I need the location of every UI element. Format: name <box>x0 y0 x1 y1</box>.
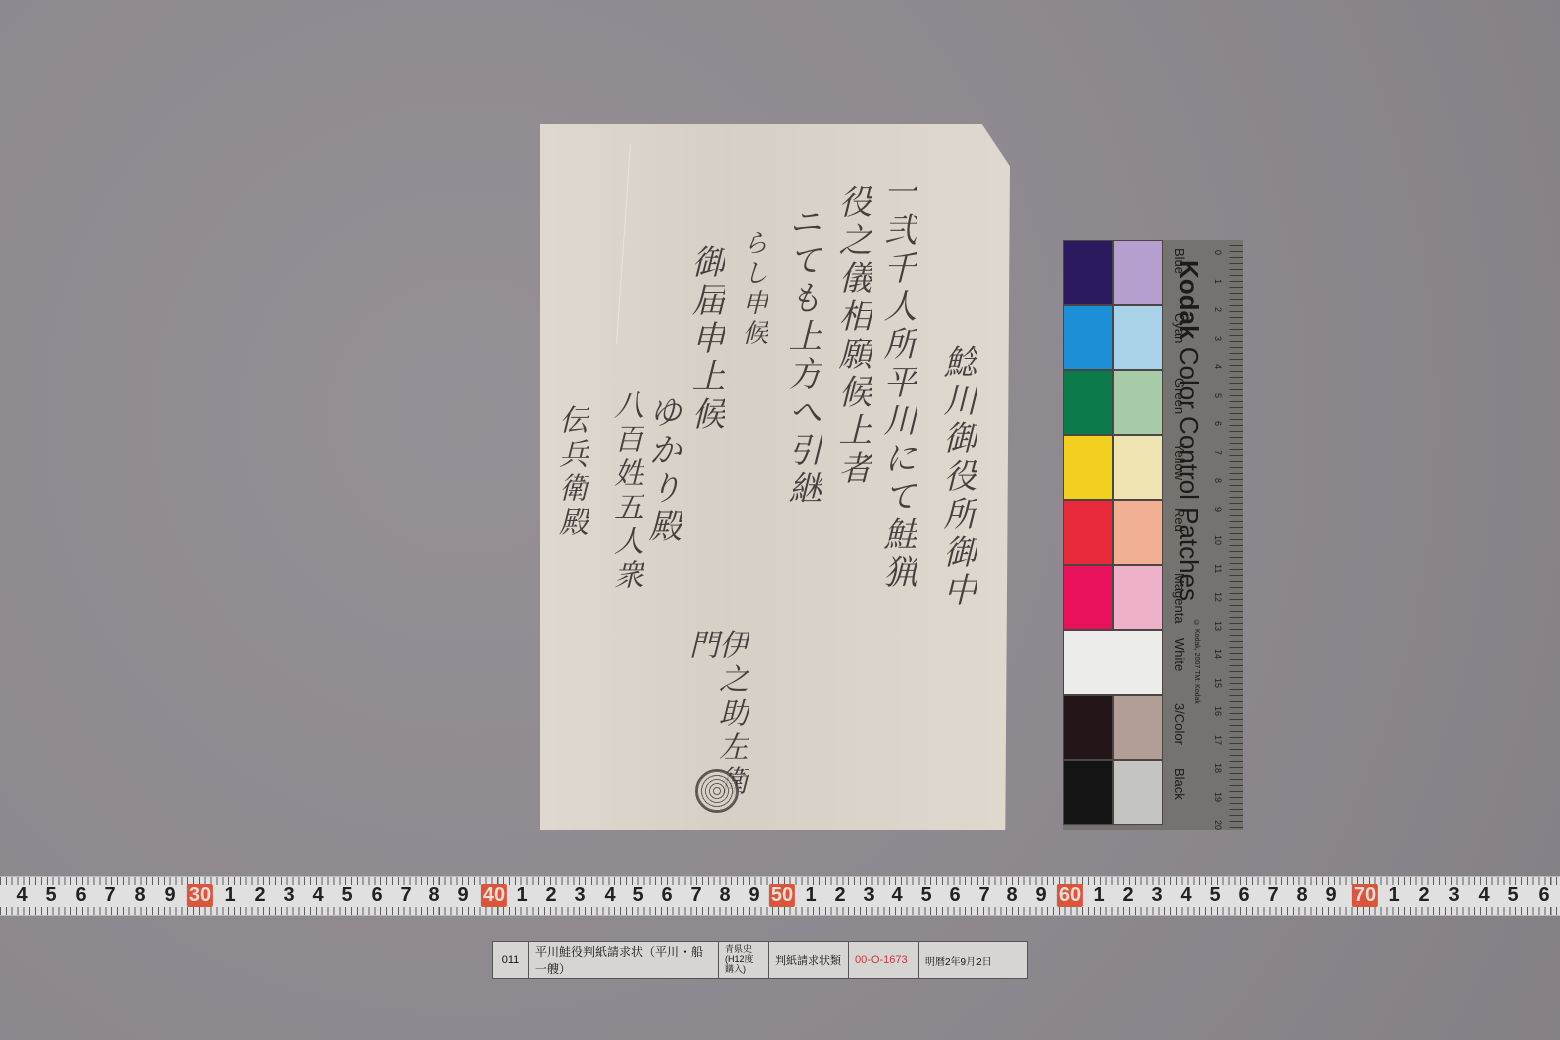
doc-column-6: 御届申上候 <box>688 244 722 434</box>
tape-mark: 6 <box>75 884 86 907</box>
color-patch <box>1063 500 1113 565</box>
ruler-cm-label: 3 <box>1213 336 1223 341</box>
doc-column-7: ゆかり殿 <box>645 394 679 546</box>
ruler-cm-label: 12 <box>1213 592 1223 602</box>
patch-row-red <box>1063 500 1163 565</box>
patch-row-black <box>1063 760 1163 825</box>
ruler-cm-label: 18 <box>1213 763 1223 773</box>
color-patch <box>1113 565 1163 630</box>
tape-mark: 6 <box>661 884 672 907</box>
tape-mark: 2 <box>834 884 845 907</box>
doc-column-1: 鯰川御役所御中 <box>940 344 974 610</box>
label-category: 判紙請求状類 <box>769 942 849 978</box>
tape-mark: 8 <box>134 884 145 907</box>
tape-mark: 4 <box>1180 884 1191 907</box>
patch-label: Black <box>1163 768 1187 800</box>
ruler-cm-label: 1 <box>1213 279 1223 284</box>
tape-mark: 9 <box>457 884 468 907</box>
tape-mark: 8 <box>1006 884 1017 907</box>
tape-mark: 3 <box>1151 884 1162 907</box>
tape-mark: 30 <box>187 884 213 907</box>
tape-mark: 4 <box>1478 884 1489 907</box>
ruler-cm-label: 17 <box>1213 735 1223 745</box>
tape-mark: 3 <box>863 884 874 907</box>
doc-column-3: 役之儀相願候上者 <box>835 184 869 488</box>
doc-column-4: ニても上方へ引継 <box>785 204 819 508</box>
patch-row-yellow <box>1063 435 1163 500</box>
chart-brand: Kodak Color Control Patches <box>1173 260 1204 601</box>
ruler-cm-label: 15 <box>1213 678 1223 688</box>
tape-mark: 7 <box>1267 884 1278 907</box>
tape-mark: 3 <box>1448 884 1459 907</box>
tape-mark: 9 <box>748 884 759 907</box>
ruler-cm-label: 7 <box>1213 450 1223 455</box>
color-patch <box>1063 305 1113 370</box>
patch-row-3-color <box>1063 695 1163 760</box>
ruler-cm-label: 10 <box>1213 535 1223 545</box>
tape-mark: 1 <box>516 884 527 907</box>
tape-mark: 40 <box>481 884 507 907</box>
label-date: 明暦2年9月2日 <box>919 942 1027 978</box>
label-id: 00-O-1673 <box>849 942 919 978</box>
ruler-cm-label: 14 <box>1213 649 1223 659</box>
ruler-cm-label: 5 <box>1213 393 1223 398</box>
label-collection: 青県史(H12度購入) <box>719 942 769 978</box>
tape-mark: 4 <box>16 884 27 907</box>
doc-column-9: 伝兵衛殿 <box>555 404 585 540</box>
color-patch <box>1063 370 1113 435</box>
tape-mark: 5 <box>341 884 352 907</box>
tape-mark: 4 <box>312 884 323 907</box>
tape-mark: 4 <box>891 884 902 907</box>
ruler-cm-label: 2 <box>1213 307 1223 312</box>
tape-mark: 6 <box>1538 884 1549 907</box>
ruler-cm-label: 19 <box>1213 792 1223 802</box>
color-patch <box>1113 240 1163 305</box>
tape-mark: 7 <box>104 884 115 907</box>
paper-crease <box>616 144 631 344</box>
color-patch <box>1063 630 1163 695</box>
tape-mark: 5 <box>1507 884 1518 907</box>
patch-label: White <box>1163 638 1187 671</box>
patch-label: Magenta <box>1163 573 1187 624</box>
label-number: 011 <box>493 942 529 978</box>
tape-mark: 2 <box>1418 884 1429 907</box>
tape-mark: 3 <box>574 884 585 907</box>
chart-copyright: © Kodak, 2007 TM: Kodak <box>1193 620 1200 704</box>
patch-label: Green <box>1163 378 1187 414</box>
tape-mark: 2 <box>254 884 265 907</box>
tape-mark: 4 <box>604 884 615 907</box>
tape-mark: 7 <box>978 884 989 907</box>
tape-mark: 8 <box>1296 884 1307 907</box>
tape-mark: 9 <box>164 884 175 907</box>
ruler-cm-label: 9 <box>1213 507 1223 512</box>
color-patch <box>1113 500 1163 565</box>
tape-mark: 7 <box>400 884 411 907</box>
color-patch <box>1063 240 1113 305</box>
color-patches <box>1063 240 1163 830</box>
tape-mark: 5 <box>1209 884 1220 907</box>
ruler-cm-label: 16 <box>1213 706 1223 716</box>
tape-mark: 5 <box>632 884 643 907</box>
tape-mark: 5 <box>920 884 931 907</box>
tape-mark: 60 <box>1057 884 1083 907</box>
tape-mark: 1 <box>1093 884 1104 907</box>
ruler-cm-label: 11 <box>1213 564 1223 573</box>
patch-row-white <box>1063 630 1163 695</box>
doc-column-5: らし申候 <box>740 229 766 349</box>
catalog-label: 011 平川鮭役判紙請求状（平川・船一艘） 青県史(H12度購入) 判紙請求状類… <box>492 941 1028 979</box>
historical-document: 鯰川御役所御中 一弐千人所平川にて鮭猟 役之儀相願候上者 ニても上方へ引継 らし… <box>540 124 1010 830</box>
color-patch <box>1063 565 1113 630</box>
patch-label: Cyan <box>1163 313 1187 343</box>
tape-mark: 5 <box>45 884 56 907</box>
patch-label: Yellow <box>1163 443 1187 480</box>
ruler-cm-label: 6 <box>1213 421 1223 426</box>
patch-label: Red <box>1163 508 1187 532</box>
round-seal-icon <box>695 769 739 813</box>
patch-row-blue <box>1063 240 1163 305</box>
color-patch <box>1063 435 1113 500</box>
tape-mark: 6 <box>1238 884 1249 907</box>
tape-mark: 3 <box>283 884 294 907</box>
color-patch <box>1063 760 1113 825</box>
ruler-cm-label: 4 <box>1213 364 1223 369</box>
patch-row-magenta <box>1063 565 1163 630</box>
tape-mark: 9 <box>1325 884 1336 907</box>
patch-row-green <box>1063 370 1163 435</box>
color-patch <box>1113 305 1163 370</box>
ruler-cm-label: 8 <box>1213 478 1223 483</box>
tape-mark: 6 <box>949 884 960 907</box>
color-patch <box>1113 435 1163 500</box>
ruler-cm-label: 0 <box>1213 250 1223 255</box>
color-patch <box>1113 370 1163 435</box>
tape-mark: 9 <box>1035 884 1046 907</box>
kodak-color-chart: Kodak Color Control Patches BlueCyanGree… <box>1063 240 1243 830</box>
doc-column-8: 八百姓五人衆 <box>610 389 640 593</box>
tape-mark: 8 <box>428 884 439 907</box>
tape-ticks-bottom <box>0 907 1560 915</box>
tape-mark: 7 <box>690 884 701 907</box>
color-patch <box>1063 695 1113 760</box>
color-patch <box>1113 695 1163 760</box>
ruler-cm-label: 20 <box>1213 820 1223 830</box>
tape-mark: 6 <box>371 884 382 907</box>
tape-mark: 50 <box>769 884 795 907</box>
label-title: 平川鮭役判紙請求状（平川・船一艘） <box>529 942 719 978</box>
patch-label: 3/Color <box>1163 703 1187 745</box>
patch-row-cyan <box>1063 305 1163 370</box>
tape-measure: 4567893012345678940123456789501234567896… <box>0 876 1560 916</box>
ruler-cm-label: 13 <box>1213 621 1223 631</box>
tape-mark: 1 <box>1388 884 1399 907</box>
tape-mark: 1 <box>805 884 816 907</box>
patch-label: Blue <box>1163 248 1187 274</box>
tape-mark: 1 <box>224 884 235 907</box>
tape-mark: 8 <box>719 884 730 907</box>
tape-mark: 70 <box>1352 884 1378 907</box>
doc-column-2: 一弐千人所平川にて鮭猟 <box>880 174 914 592</box>
color-patch <box>1113 760 1163 825</box>
tape-mark: 2 <box>1122 884 1133 907</box>
tape-mark: 2 <box>545 884 556 907</box>
